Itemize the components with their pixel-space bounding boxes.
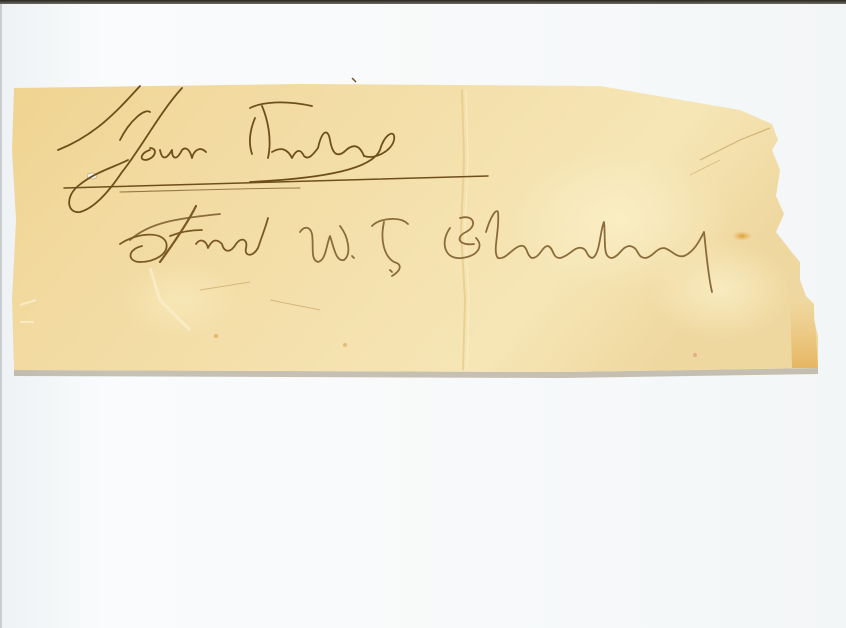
paper-clipping-scene [0, 0, 846, 628]
stain-right-edge [790, 300, 818, 368]
stain-spot [732, 231, 752, 241]
